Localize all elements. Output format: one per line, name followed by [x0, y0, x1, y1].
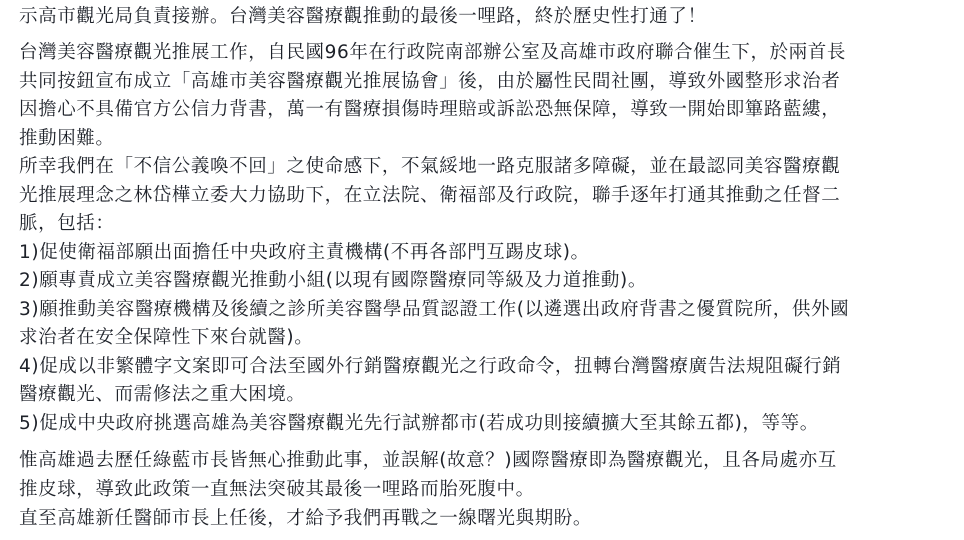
text-line: 光推展理念之林岱樺立委大力協助下，在立法院、衛福部及行政院，聯手逐年打通其推動之…	[19, 182, 949, 211]
list-item-5: 5)促成中央政府挑選高雄為美容醫療觀光先行試辦都市(若成功則接續擴大至其餘五都)…	[19, 410, 949, 439]
list-item-3-cont: 求治者在安全保障性下來台就醫)。	[19, 324, 949, 353]
text-line: 因擔心不具備官方公信力背書，萬一有醫療損傷時理賠或訴訟恐無保障，導致一開始即篳路…	[19, 96, 949, 125]
text-line: 共同按鈕宣布成立「高雄市美容醫療觀光推展協會」後，由於屬性民間社團，導致外國整形…	[19, 68, 949, 97]
text-line: 脈，包括：	[19, 210, 949, 239]
paragraph-history: 台灣美容醫療觀光推展工作，自民國96年在行政院南部辦公室及高雄市政府聯合催生下，…	[19, 39, 949, 438]
list-item-3: 3)願推動美容醫療機構及後續之診所美容醫學品質認證工作(以遴選出政府背書之優質院…	[19, 296, 949, 325]
text-line: 惟高雄過去歷任綠藍市長皆無心推動此事，並誤解(故意？)國際醫療即為醫療觀光，且各…	[19, 446, 949, 475]
list-item-4-cont: 醫療觀光、而需修法之重大困境。	[19, 381, 949, 410]
list-item-1: 1)促使衛福部願出面擔任中央政府主責機構(不再各部門互踢皮球)。	[19, 239, 949, 268]
text-line: 推皮球，導致此政策一直無法突破其最後一哩路而胎死腹中。	[19, 475, 949, 504]
text-line: 所幸我們在「不信公義喚不回」之使命感下，不氣綏地一路克服諸多障礙，並在最認同美容…	[19, 153, 949, 182]
text-line: 台灣美容醫療觀光推展工作，自民國96年在行政院南部辦公室及高雄市政府聯合催生下，…	[19, 39, 949, 68]
text-line: 直至高雄新任醫師市長上任後，才給予我們再戰之一線曙光與期盼。	[19, 504, 949, 533]
paragraph-intro: 示高市觀光局負責接辦。台灣美容醫療觀推動的最後一哩路，終於歷史性打通了！	[19, 3, 949, 31]
paragraph-conclusion: 惟高雄過去歷任綠藍市長皆無心推動此事，並誤解(故意？)國際醫療即為醫療觀光，且各…	[19, 446, 949, 533]
text-line: 示高市觀光局負責接辦。台灣美容醫療觀推動的最後一哩路，終於歷史性打通了！	[19, 3, 949, 31]
list-item-2: 2)願專責成立美容醫療觀光推動小組(以現有國際醫療同等級及力道推動)。	[19, 267, 949, 296]
post-body: 示高市觀光局負責接辦。台灣美容醫療觀推動的最後一哩路，終於歷史性打通了！ 台灣美…	[19, 3, 949, 540]
list-item-4: 4)促成以非繁體字文案即可合法至國外行銷醫療觀光之行政命令，扭轉台灣醫療廣告法規…	[19, 353, 949, 382]
text-line: 推動困難。	[19, 125, 949, 154]
